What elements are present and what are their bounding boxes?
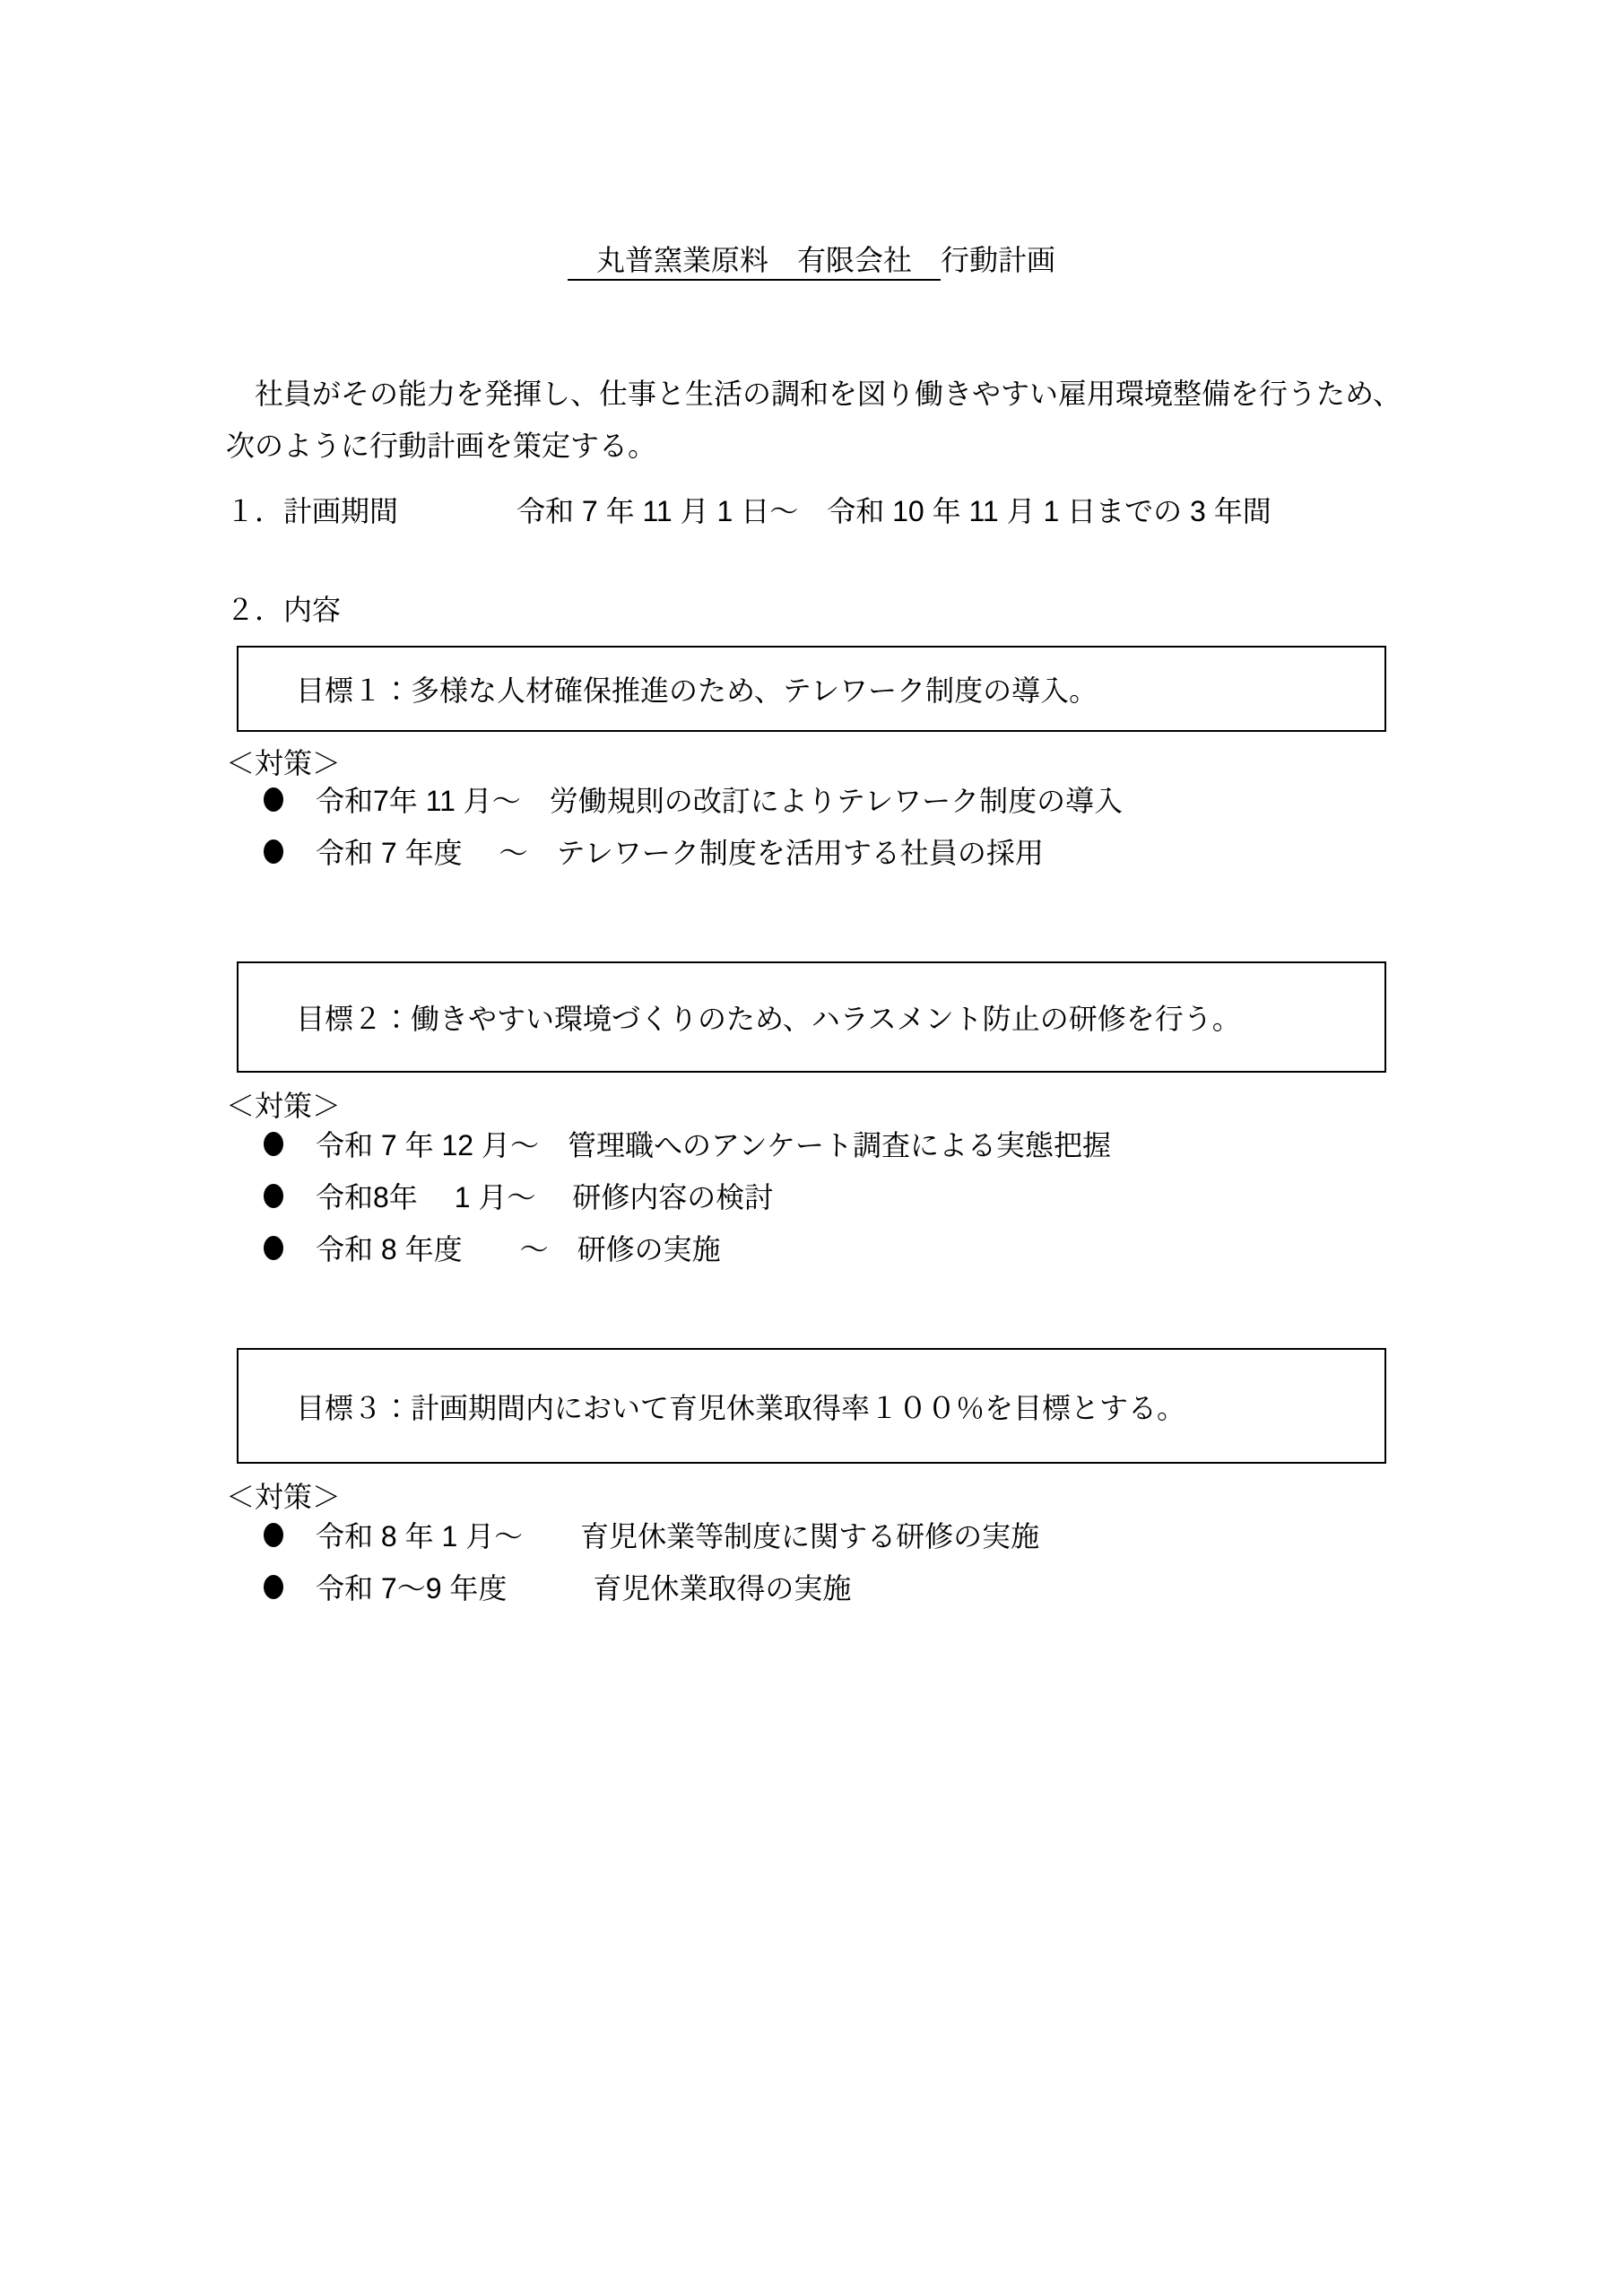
section-plan-period-value: 令和 7 年 11 月 1 日～ 令和 10 年 11 月 1 日までの 3 年… [516, 493, 1271, 529]
page-title: 丸普窯業原料 有限会社 行動計画 [0, 240, 1623, 280]
section-plan-period-label: 計画期間 [283, 493, 398, 529]
document-page: 丸普窯業原料 有限会社 行動計画 社員がその能力を発揮し、仕事と生活の調和を図り… [0, 0, 1623, 2296]
goal-3-measures-list: 令和 8 年 1 月～ 育児休業等制度に関する研修の実施 令和 7～9 年度 育… [264, 1518, 1039, 1622]
goal-2-title: 目標２：働きやすい環境づくりのため、ハラスメント防止の研修を行う。 [296, 996, 1241, 1038]
bullet-icon [264, 1523, 283, 1547]
measure-text: 令和 8 年 1 月～ 育児休業等制度に関する研修の実施 [316, 1514, 1039, 1555]
bullet-icon [264, 1184, 283, 1208]
goal-1-measures-label: ＜対策＞ [226, 745, 341, 781]
bullet-icon [264, 1575, 283, 1599]
measure-text: 令和 7 年度 ～ テレワーク制度を活用する社員の採用 [316, 831, 1044, 872]
section-plan-period: １．計画期間令和 7 年 11 月 1 日～ 令和 10 年 11 月 1 日ま… [226, 493, 1271, 529]
section-plan-period-number: １． [226, 493, 283, 529]
goal-3-title: 目標３：計画期間内において育児休業取得率１００％を目標とする。 [296, 1386, 1185, 1427]
measure-item: 令和 7 年 12 月～ 管理職へのアンケート調査による実態把握 [264, 1126, 1111, 1161]
measure-text: 令和 7～9 年度 育児休業取得の実施 [316, 1566, 851, 1607]
measure-item: 令和 7 年度 ～ テレワーク制度を活用する社員の採用 [264, 834, 1123, 868]
section-contents-number: ２． [226, 592, 283, 628]
goal-3-measures-label: ＜対策＞ [226, 1479, 341, 1515]
measure-text: 令和7年 11 月～ 労働規則の改訂によりテレワーク制度の導入 [316, 778, 1123, 820]
page-title-rest: 行動計画 [941, 244, 1055, 276]
section-contents-label: 内容 [283, 592, 341, 628]
bullet-icon [264, 1132, 283, 1156]
goal-2-measures-label: ＜対策＞ [226, 1088, 341, 1124]
measure-text: 令和 8 年度 ～ 研修の実施 [316, 1227, 721, 1268]
bullet-icon [264, 787, 283, 812]
page-title-underlined: 丸普窯業原料 有限会社 [568, 244, 941, 281]
measure-item: 令和 8 年 1 月～ 育児休業等制度に関する研修の実施 [264, 1518, 1039, 1552]
section-contents: ２．内容 [226, 592, 341, 628]
bullet-icon [264, 839, 283, 864]
goal-2-measures-list: 令和 7 年 12 月～ 管理職へのアンケート調査による実態把握 令和8年 1 … [264, 1126, 1111, 1283]
bullet-icon [264, 1236, 283, 1260]
goal-1-title: 目標１：多様な人材確保推進のため、テレワーク制度の導入。 [296, 668, 1098, 709]
measure-item: 令和 7～9 年度 育児休業取得の実施 [264, 1570, 1039, 1604]
measure-item: 令和8年 1 月～ 研修内容の検討 [264, 1178, 1111, 1213]
measure-text: 令和 7 年 12 月～ 管理職へのアンケート調査による実態把握 [316, 1123, 1111, 1164]
goal-1-box: 目標１：多様な人材確保推進のため、テレワーク制度の導入。 [237, 646, 1386, 732]
goal-3-box: 目標３：計画期間内において育児休業取得率１００％を目標とする。 [237, 1348, 1386, 1464]
measure-item: 令和 8 年度 ～ 研修の実施 [264, 1231, 1111, 1265]
measure-item: 令和7年 11 月～ 労働規則の改訂によりテレワーク制度の導入 [264, 782, 1123, 816]
intro-paragraph: 社員がその能力を発揮し、仕事と生活の調和を図り働きやすい雇用環境整備を行うため、… [226, 368, 1499, 472]
goal-1-measures-list: 令和7年 11 月～ 労働規則の改訂によりテレワーク制度の導入 令和 7 年度 … [264, 782, 1123, 886]
goal-2-box: 目標２：働きやすい環境づくりのため、ハラスメント防止の研修を行う。 [237, 961, 1386, 1073]
measure-text: 令和8年 1 月～ 研修内容の検討 [316, 1175, 773, 1216]
